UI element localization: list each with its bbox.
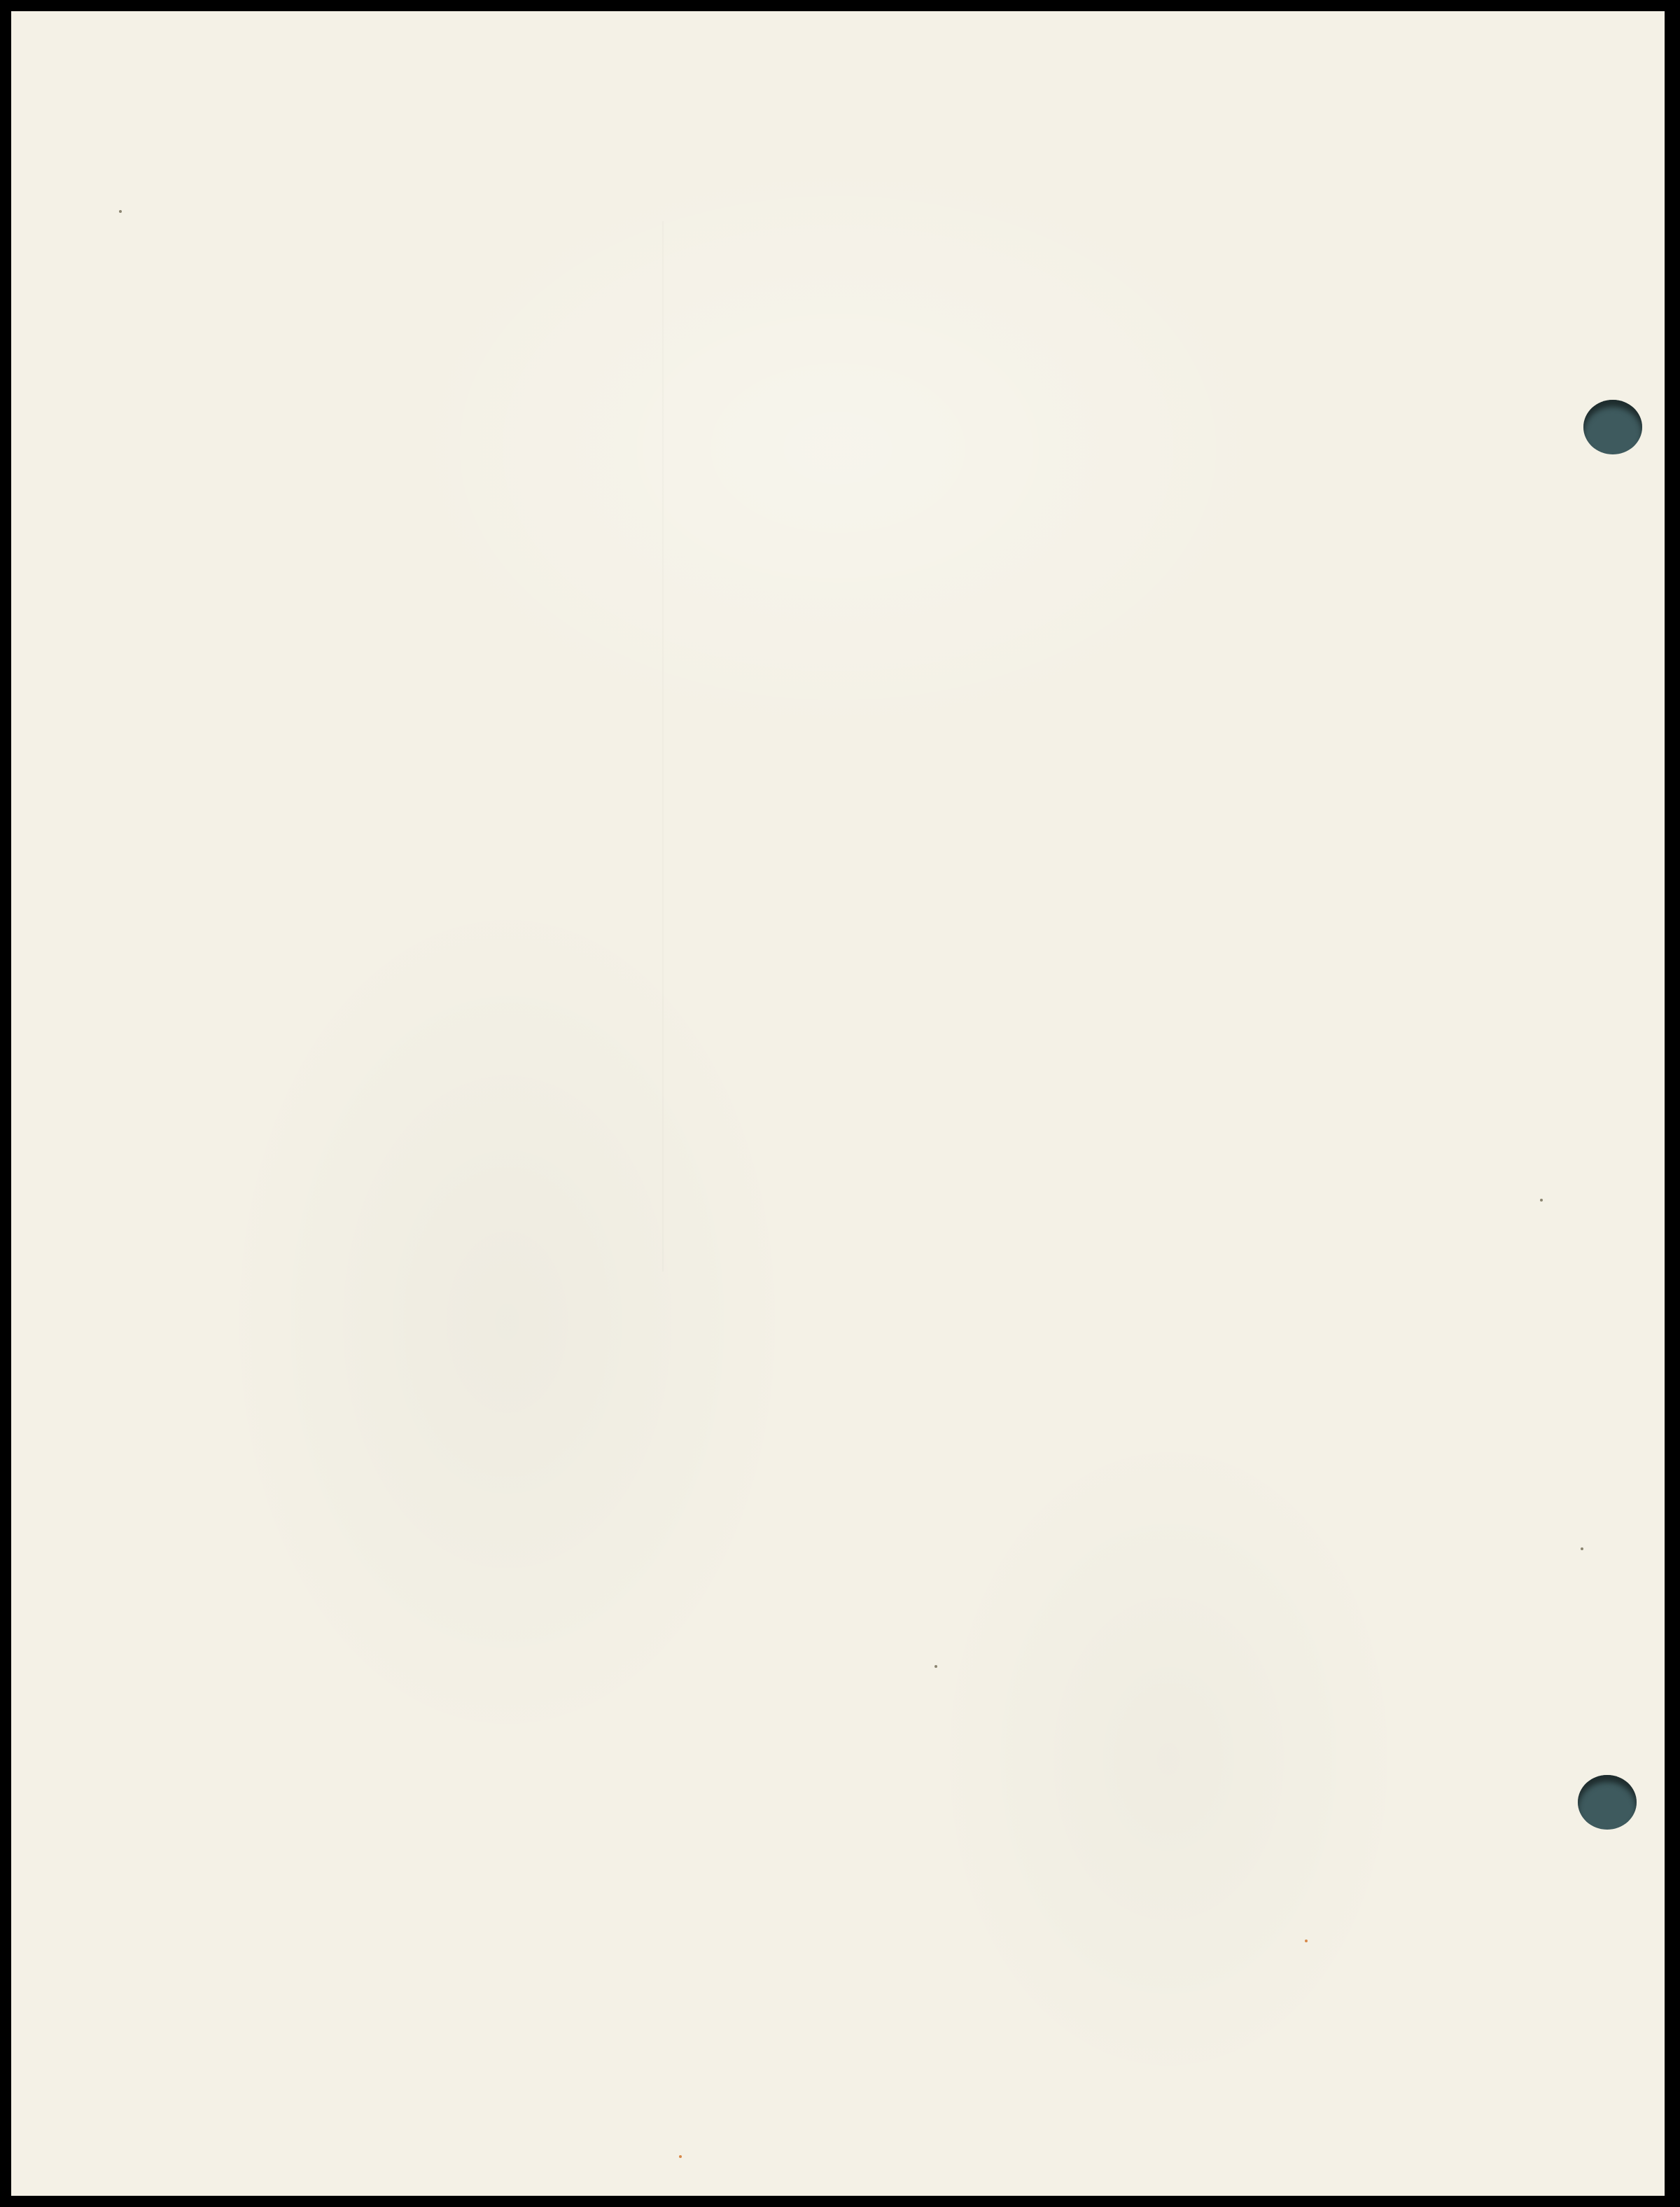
paper-speck: [1305, 1940, 1308, 1942]
paper-speck: [119, 210, 122, 213]
paper-speck: [1540, 1199, 1543, 1202]
paper-speck: [1581, 1547, 1583, 1550]
blank-page: [11, 11, 1665, 2196]
paper-speck: [934, 1665, 937, 1668]
paper-speck: [679, 2155, 682, 2158]
punch-hole-top: [1583, 400, 1642, 454]
punch-hole-bottom: [1578, 1775, 1637, 1830]
paper-fold-mark: [662, 221, 664, 1272]
